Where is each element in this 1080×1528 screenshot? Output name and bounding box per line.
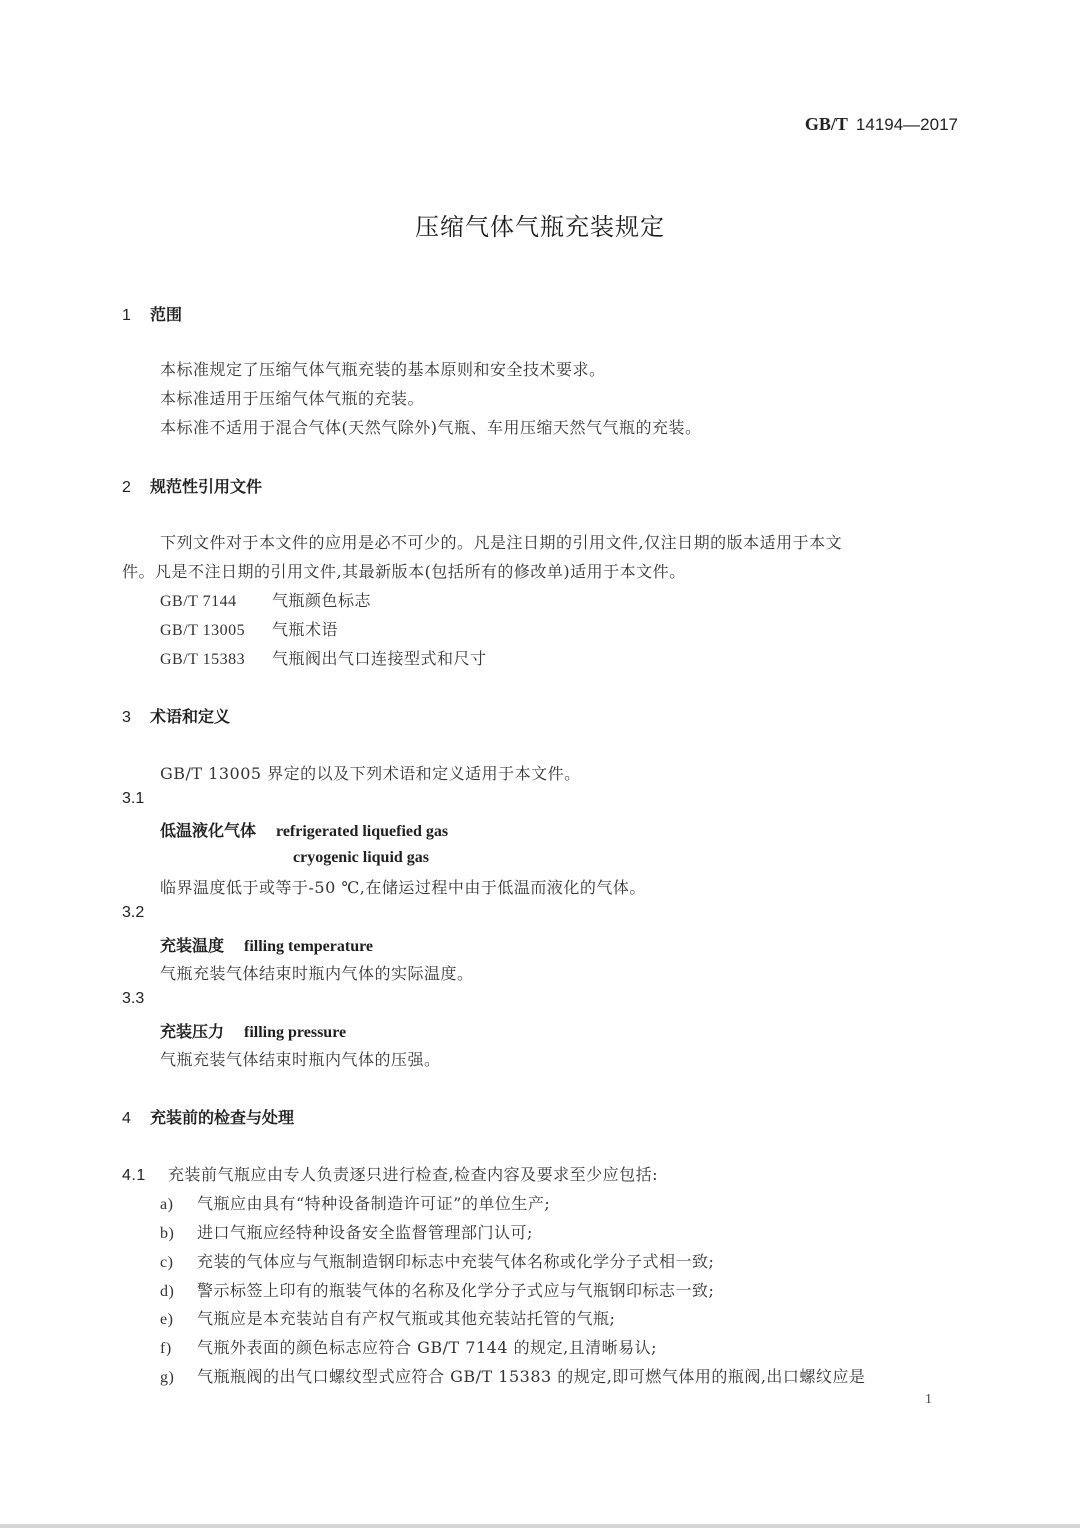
list-item: e)气瓶应是本充装站自有产权气瓶或其他充装站托管的气瓶; — [160, 1306, 615, 1329]
paragraph: 下列文件对于本文件的应用是必不可少的。凡是注日期的引用文件,仅注日期的版本适用于… — [160, 530, 842, 553]
reference-item: GB/T 7144气瓶颜色标志 — [160, 588, 371, 611]
section-number: 4 — [122, 1110, 150, 1128]
term-en-alt: cryogenic liquid gas — [293, 849, 429, 866]
section-title: 术语和定义 — [150, 707, 230, 726]
item-text: 进口气瓶应经特种设备安全监督管理部门认可; — [197, 1223, 533, 1242]
reference-code: GB/T 7144 — [160, 593, 272, 611]
document-page: GB/T14194—2017 压缩气体气瓶充装规定 1范围 本标准规定了压缩气体… — [0, 0, 1080, 1524]
document-title: 压缩气体气瓶充装规定 — [0, 207, 1080, 242]
item-label: g) — [160, 1369, 197, 1387]
reference-title: 气瓶阀出气口连接型式和尺寸 — [272, 649, 487, 668]
item-label: a) — [160, 1196, 197, 1214]
term-definition: 气瓶充装气体结束时瓶内气体的实际温度。 — [160, 961, 474, 984]
term-number: 3.1 — [122, 790, 144, 808]
reference-title: 气瓶颜色标志 — [272, 591, 371, 610]
term-entry: 充装压力filling pressure — [160, 1019, 346, 1042]
standard-number: 14194—2017 — [856, 115, 958, 134]
term-en: refrigerated liquefied gas — [276, 823, 448, 840]
term-zh: 充装温度 — [160, 936, 224, 955]
item-text: 气瓶应是本充装站自有产权气瓶或其他充装站托管的气瓶; — [197, 1309, 615, 1328]
section-number: 3 — [122, 709, 150, 727]
standard-code: GB/T14194—2017 — [805, 114, 958, 135]
section-title: 充装前的检查与处理 — [150, 1108, 294, 1127]
item-label: e) — [160, 1311, 197, 1329]
list-item: g)气瓶瓶阀的出气口螺纹型式应符合 GB/T 15383 的规定,即可燃气体用的… — [160, 1364, 865, 1387]
section-number: 1 — [122, 307, 150, 325]
section-heading-4: 4充装前的检查与处理 — [122, 1105, 294, 1128]
list-item: c)充装的气体应与气瓶制造钢印标志中充装气体名称或化学分子式相一致; — [160, 1249, 714, 1272]
paragraph: GB/T 13005 界定的以及下列术语和定义适用于本文件。 — [160, 761, 581, 784]
item-label: b) — [160, 1225, 197, 1243]
item-text: 气瓶外表面的颜色标志应符合 GB/T 7144 的规定,且清晰易认; — [197, 1338, 657, 1357]
section-number: 2 — [122, 479, 150, 497]
term-number: 3.3 — [122, 990, 144, 1008]
paragraph: 本标准适用于压缩气体气瓶的充装。 — [160, 386, 424, 409]
term-zh: 充装压力 — [160, 1022, 224, 1041]
section-heading-2: 2规范性引用文件 — [122, 474, 262, 497]
standard-prefix: GB/T — [805, 114, 848, 134]
item-label: f) — [160, 1340, 197, 1358]
term-definition: 气瓶充装气体结束时瓶内气体的压强。 — [160, 1047, 441, 1070]
clause-number: 4.1 — [122, 1167, 168, 1185]
section-title: 范围 — [150, 305, 182, 324]
paragraph: 件。凡是不注日期的引用文件,其最新版本(包括所有的修改单)适用于本文件。 — [122, 559, 686, 582]
reference-item: GB/T 15383气瓶阀出气口连接型式和尺寸 — [160, 646, 487, 669]
item-label: d) — [160, 1283, 197, 1301]
section-heading-1: 1范围 — [122, 302, 182, 325]
reference-title: 气瓶术语 — [272, 620, 338, 639]
term-entry-alt: cryogenic liquid gas — [293, 847, 429, 867]
item-label: c) — [160, 1254, 197, 1272]
item-text: 充装的气体应与气瓶制造钢印标志中充装气体名称或化学分子式相一致; — [197, 1252, 714, 1271]
list-item: b)进口气瓶应经特种设备安全监督管理部门认可; — [160, 1220, 533, 1243]
viewer-bottom-edge — [0, 1524, 1080, 1528]
page-number: 1 — [925, 1392, 932, 1408]
reference-code: GB/T 13005 — [160, 622, 272, 640]
list-item: f)气瓶外表面的颜色标志应符合 GB/T 7144 的规定,且清晰易认; — [160, 1335, 657, 1358]
term-entry: 低温液化气体refrigerated liquefied gas — [160, 818, 448, 841]
item-text: 警示标签上印有的瓶装气体的名称及化学分子式应与气瓶钢印标志一致; — [197, 1281, 714, 1300]
term-entry: 充装温度filling temperature — [160, 933, 373, 956]
term-en: filling temperature — [244, 938, 373, 955]
item-text: 气瓶应由具有“特种设备制造许可证”的单位生产; — [197, 1194, 550, 1213]
paragraph: 本标准不适用于混合气体(天然气除外)气瓶、车用压缩天然气气瓶的充装。 — [160, 415, 702, 438]
term-number: 3.2 — [122, 904, 144, 922]
section-title: 规范性引用文件 — [150, 477, 262, 496]
item-text: 气瓶瓶阀的出气口螺纹型式应符合 GB/T 15383 的规定,即可燃气体用的瓶阀… — [197, 1367, 865, 1386]
term-en: filling pressure — [244, 1024, 346, 1041]
paragraph: 本标准规定了压缩气体气瓶充装的基本原则和安全技术要求。 — [160, 357, 606, 380]
clause-text: 充装前气瓶应由专人负责逐只进行检查,检查内容及要求至少应包括: — [168, 1165, 658, 1184]
term-definition: 临界温度低于或等于-50 ℃,在储运过程中由于低温而液化的气体。 — [160, 875, 646, 898]
section-heading-3: 3术语和定义 — [122, 704, 230, 727]
list-item: d)警示标签上印有的瓶装气体的名称及化学分子式应与气瓶钢印标志一致; — [160, 1278, 714, 1301]
clause-4-1: 4.1充装前气瓶应由专人负责逐只进行检查,检查内容及要求至少应包括: — [122, 1162, 658, 1185]
list-item: a)气瓶应由具有“特种设备制造许可证”的单位生产; — [160, 1191, 550, 1214]
term-zh: 低温液化气体 — [160, 821, 256, 840]
reference-item: GB/T 13005气瓶术语 — [160, 617, 338, 640]
reference-code: GB/T 15383 — [160, 651, 272, 669]
